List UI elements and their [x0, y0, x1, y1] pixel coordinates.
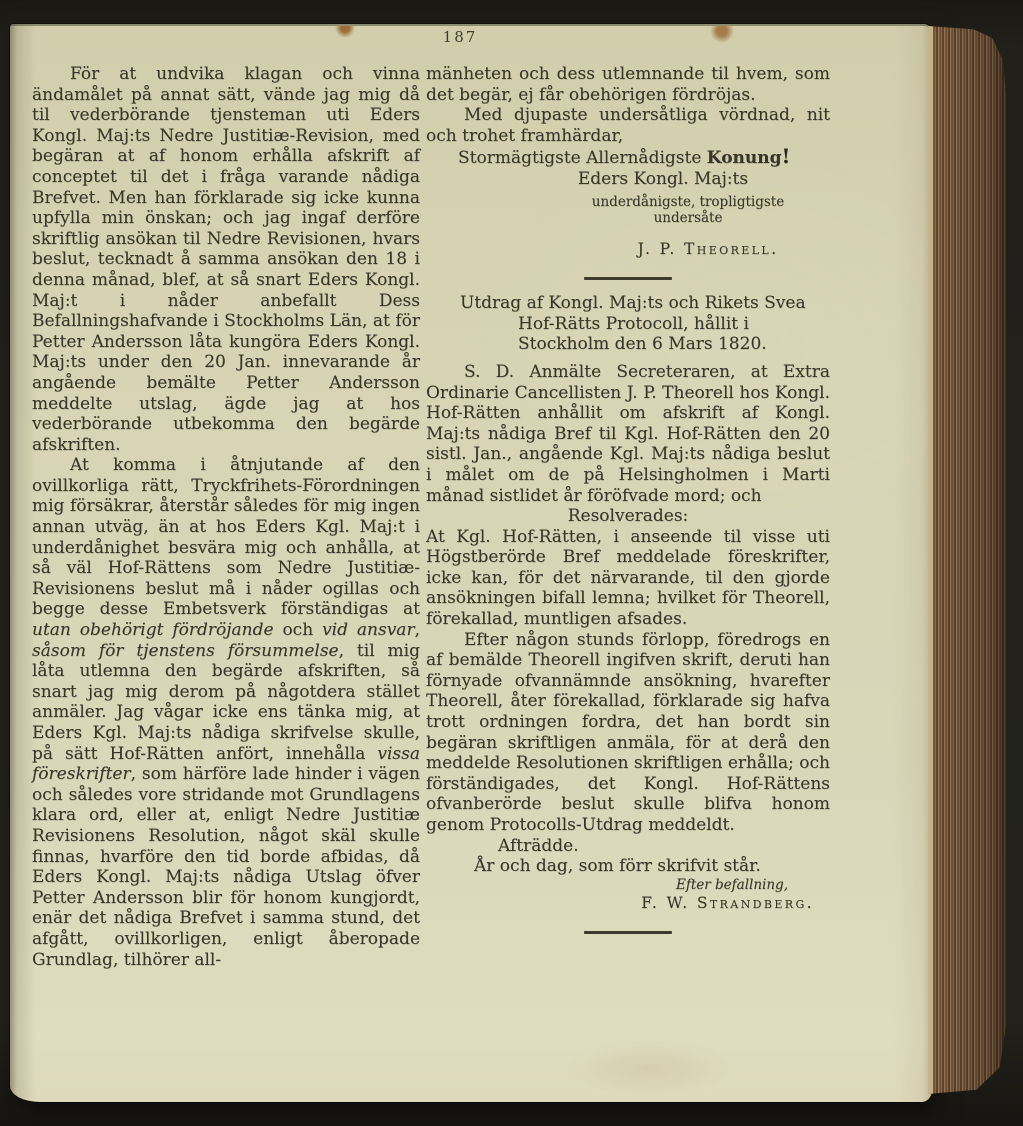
- text-run: och: [274, 620, 323, 640]
- signature-epithet-1: underdånigste, tropligtigste: [486, 194, 890, 210]
- text-run: såsom för tjenstens försummelse: [32, 641, 339, 661]
- protocol-heading: Utdrag af Kongl. Maj:ts och Rikets Svea …: [426, 293, 830, 355]
- text-run: Utdrag af Kongl. Maj:ts och Rikets Svea …: [460, 293, 806, 354]
- petition-paragraph-1: För at undvika klagan och vinna ändamåle…: [32, 64, 420, 455]
- text-run: F. W. Strandberg.: [641, 894, 814, 912]
- text-run: Efter någon stunds förlopp, föredrogs en…: [426, 630, 830, 835]
- resolution-paragraph: At Kgl. Hof-Rätten, i anseende til visse…: [426, 527, 830, 630]
- text-run: underdånigste, tropligtigste: [592, 194, 784, 210]
- protocol-paragraph-1: S. D. Anmälte Secreteraren, at Extra Ord…: [426, 362, 830, 506]
- end-rule: [584, 931, 672, 934]
- resolverades-line: Resolverades:: [426, 506, 830, 527]
- by-order-line: Efter befallning,: [426, 877, 830, 893]
- text-run: Konung: [707, 148, 782, 168]
- text-run: , som härföre lade hinder i vägen och så…: [32, 764, 420, 969]
- text-run: !: [782, 144, 790, 168]
- text-run: vid ansvar: [322, 620, 415, 640]
- royal-address: Stormägtigste Allernådigste Konung!: [426, 146, 830, 169]
- signature-epithet-2: undersåte: [486, 210, 890, 226]
- text-run: S. D. Anmälte Secreteraren, at Extra Ord…: [426, 362, 830, 506]
- text-run: Afträdde.: [498, 836, 579, 856]
- text-run: mänheten och dess utlemnande til hvem, s…: [426, 64, 830, 105]
- book-scan-scene: 187 För at undvika klagan och vinna ända…: [0, 0, 1023, 1126]
- signature-theorell: J. P. Theorell.: [506, 239, 910, 260]
- text-run: utan obehörigt fördröjande: [32, 620, 274, 640]
- left-column: För at undvika klagan och vinna ändamåle…: [32, 64, 420, 970]
- text-run: Efter befallning,: [676, 877, 788, 893]
- address-line: Eders Kongl. Maj:ts: [461, 169, 865, 190]
- page-number: 187: [360, 28, 560, 46]
- closing-formula: Med djupaste undersåtliga vördnad, nit o…: [426, 105, 830, 146]
- continuation-paragraph: mänheten och dess utlemnande til hvem, s…: [426, 64, 830, 105]
- text-run: At Kgl. Hof-Rätten, i anseende til visse…: [426, 527, 830, 629]
- protocol-paragraph-2: Efter någon stunds förlopp, föredrogs en…: [426, 630, 830, 836]
- text-run: Eders Kongl. Maj:ts: [578, 169, 748, 189]
- book-fore-edge: [928, 26, 1006, 1094]
- text-run: År och dag, som förr skrifvit står.: [474, 856, 761, 876]
- section-rule: [584, 277, 672, 280]
- petition-paragraph-2: At komma i åtnjutande af den ovillkorlig…: [32, 455, 420, 970]
- aftradde-line: Afträdde.: [426, 836, 830, 857]
- text-run: ,: [415, 620, 420, 640]
- text-run: Resolverades:: [568, 506, 689, 526]
- date-formula-line: År och dag, som förr skrifvit står.: [426, 856, 830, 877]
- signature-strandberg: F. W. Strandberg.: [426, 893, 830, 914]
- text-run: J. P. Theorell.: [638, 240, 779, 258]
- text-run: At komma i åtnjutande af den ovillkorlig…: [32, 455, 420, 619]
- text-run: Med djupaste undersåtliga vördnad, nit o…: [426, 105, 830, 146]
- text-run: För at undvika klagan och vinna ändamåle…: [32, 64, 420, 455]
- text-run: Stormägtigste Allernådigste: [458, 148, 707, 168]
- right-column: mänheten och dess utlemnande til hvem, s…: [426, 64, 830, 934]
- text-run: undersåte: [654, 210, 723, 226]
